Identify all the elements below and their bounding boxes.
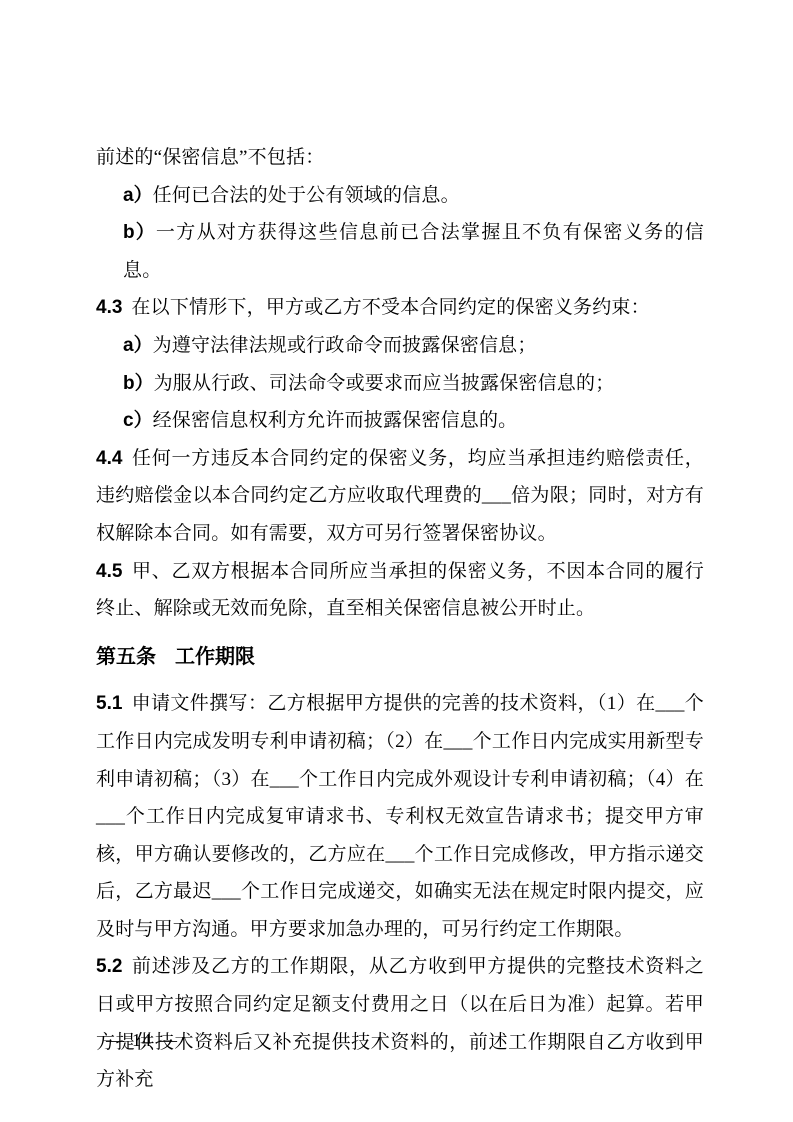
clause-4-4: 4.4任何一方违反本合同约定的保密义务，均应当承担违约赔偿责任，违约赔偿金以本合… [96,440,704,553]
clause-5-1: 5.1申请文件撰写：乙方根据甲方提供的完善的技术资料，（1）在___个工作日内完… [96,685,704,948]
clause-number: 4.4 [96,448,122,469]
list-item-label: b） [123,373,154,394]
page-content: 前述的“保密信息”不包括： a）任何已合法的处于公有领域的信息。 b）一方从对方… [96,139,704,1099]
page-number: 14 [132,1030,152,1050]
list-item-text: 经保密信息权利方允许而披露保密信息的。 [153,410,518,431]
paragraph-text: 前述的“保密信息”不包括： [96,147,324,168]
list-item-b-lawfully-obtained: b）一方从对方获得这些信息前已合法掌握且不负有保密义务的信息。 [96,214,704,289]
list-item-b-administrative-order: b）为服从行政、司法命令或要求而应当披露保密信息的； [96,365,704,403]
contract-document-page: 前述的“保密信息”不包括： a）任何已合法的处于公有领域的信息。 b）一方从对方… [0,0,793,1122]
clause-number: 5.2 [96,956,122,977]
article-5-heading: 第五条工作期限 [96,639,704,677]
clause-number: 4.5 [96,561,122,582]
article-number: 第五条 [96,646,156,668]
list-item-label: c） [123,410,153,431]
clause-text: 前述涉及乙方的工作期限，从乙方收到甲方提供的完整技术资料之日或甲方按照合同约定足… [96,956,704,1090]
article-title: 工作期限 [175,646,255,668]
list-item-a-comply-laws: a）为遵守法律法规或行政命令而披露保密信息； [96,327,704,365]
clause-text: 任何一方违反本合同约定的保密义务，均应当承担违约赔偿责任，违约赔偿金以本合同约定… [96,448,704,544]
page-footer: —14— [99,1026,185,1054]
list-item-text: 为遵守法律法规或行政命令而披露保密信息； [153,335,537,356]
clause-text: 申请文件撰写：乙方根据甲方提供的完善的技术资料，（1）在___个工作日内完成发明… [96,693,704,940]
list-item-a-public-domain: a）任何已合法的处于公有领域的信息。 [96,177,704,215]
list-item-label: a） [123,185,153,206]
clause-text: 在以下情形下，甲方或乙方不受本合同约定的保密义务约束： [131,297,649,318]
footer-left-dash: — [106,1030,125,1050]
clause-4-5: 4.5甲、乙双方根据本合同所应当承担的保密义务，不因本合同的履行终止、解除或无效… [96,553,704,628]
list-item-c-permitted-disclosure: c）经保密信息权利方允许而披露保密信息的。 [96,402,704,440]
clause-number: 5.1 [96,693,122,714]
list-item-label: a） [123,335,153,356]
list-item-text: 为服从行政、司法命令或要求而应当披露保密信息的； [154,373,615,394]
footer-right-dash: — [159,1030,178,1050]
list-item-text: 任何已合法的处于公有领域的信息。 [153,185,460,206]
clause-number: 4.3 [96,297,122,318]
list-item-label: b） [123,222,156,243]
clause-4-3: 4.3在以下情形下，甲方或乙方不受本合同约定的保密义务约束： [96,289,704,327]
paragraph-confidential-info-exclusions-intro: 前述的“保密信息”不包括： [96,139,704,177]
clause-5-2: 5.2前述涉及乙方的工作期限，从乙方收到甲方提供的完整技术资料之日或甲方按照合同… [96,948,704,1098]
clause-text: 甲、乙双方根据本合同所应当承担的保密义务，不因本合同的履行终止、解除或无效而免除… [96,561,704,620]
list-item-text: 一方从对方获得这些信息前已合法掌握且不负有保密义务的信息。 [123,222,704,281]
